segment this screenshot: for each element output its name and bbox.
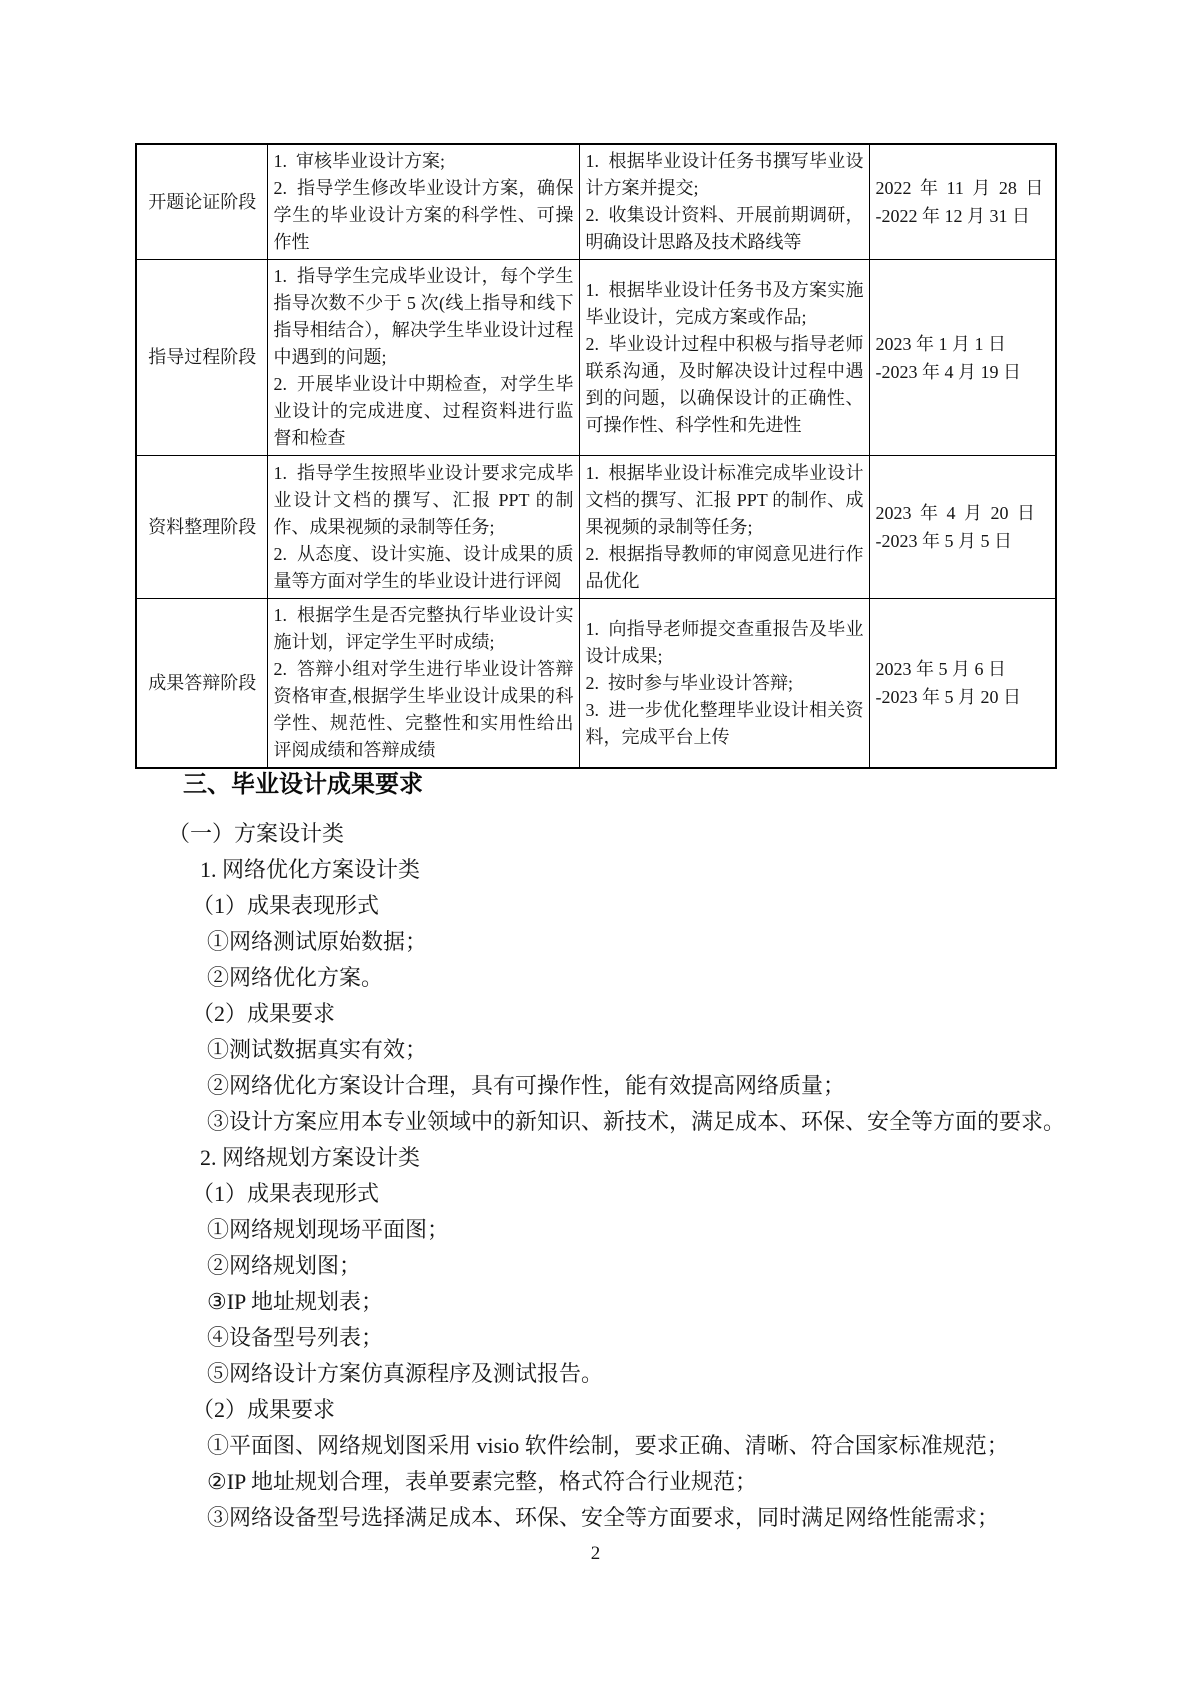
date-cell: 2023 年 1 月 1 日-2023 年 4 月 19 日 bbox=[869, 260, 1056, 456]
body-text: （一）方案设计类1. 网络优化方案设计类（1）成果表现形式①网络测试原始数据；②… bbox=[135, 816, 1085, 1536]
task-item: 2. 毕业设计过程中积极与指导老师联系沟通，及时解决设计过程中遇到的问题，以确保… bbox=[586, 331, 864, 439]
date-line: -2023 年 5 月 5 日 bbox=[876, 527, 1051, 555]
task-item: 2. 答辩小组对学生进行毕业设计答辩资格审查,根据学生毕业设计成果的科学性、规范… bbox=[274, 656, 574, 764]
task-item: 2. 指导学生修改毕业设计方案，确保学生的毕业设计方案的科学性、可操作性 bbox=[274, 175, 574, 256]
stage-cell: 指导过程阶段 bbox=[136, 260, 267, 456]
body-line: ③设计方案应用本专业领域中的新知识、新技术，满足成本、环保、安全等方面的要求。 bbox=[207, 1104, 1085, 1140]
body-line: （2）成果要求 bbox=[192, 1392, 1085, 1428]
stage-cell: 成果答辩阶段 bbox=[136, 599, 267, 769]
task-item: 1. 审核毕业设计方案; bbox=[274, 148, 574, 175]
body-line: 1. 网络优化方案设计类 bbox=[200, 852, 1085, 888]
date-line: 2023 年 4 月 20 日 bbox=[876, 499, 1051, 527]
body-line: ②网络规划图； bbox=[207, 1248, 1085, 1284]
schedule-table: 开题论证阶段1. 审核毕业设计方案;2. 指导学生修改毕业设计方案，确保学生的毕… bbox=[135, 143, 1057, 769]
teacher-tasks-cell: 1. 根据学生是否完整执行毕业设计实施计划，评定学生平时成绩;2. 答辩小组对学… bbox=[267, 599, 579, 769]
task-item: 1. 指导学生完成毕业设计，每个学生指导次数不少于 5 次(线上指导和线下指导相… bbox=[274, 263, 574, 371]
table-row: 成果答辩阶段1. 根据学生是否完整执行毕业设计实施计划，评定学生平时成绩;2. … bbox=[136, 599, 1056, 769]
teacher-tasks-cell: 1. 审核毕业设计方案;2. 指导学生修改毕业设计方案，确保学生的毕业设计方案的… bbox=[267, 144, 579, 260]
body-line: （1）成果表现形式 bbox=[192, 888, 1085, 924]
body-line: ③网络设备型号选择满足成本、环保、安全等方面要求，同时满足网络性能需求； bbox=[207, 1500, 1085, 1536]
body-line: ①测试数据真实有效； bbox=[207, 1032, 1085, 1068]
task-item: 1. 根据毕业设计标准完成毕业设计文档的撰写、汇报 PPT 的制作、成果视频的录… bbox=[586, 460, 864, 541]
body-line: ①平面图、网络规划图采用 visio 软件绘制，要求正确、清晰、符合国家标准规范… bbox=[207, 1428, 1085, 1464]
body-line: ②网络优化方案设计合理，具有可操作性，能有效提高网络质量； bbox=[207, 1068, 1085, 1104]
date-cell: 2023 年 5 月 6 日-2023 年 5 月 20 日 bbox=[869, 599, 1056, 769]
page-number: 2 bbox=[0, 1543, 1191, 1565]
table-row: 开题论证阶段1. 审核毕业设计方案;2. 指导学生修改毕业设计方案，确保学生的毕… bbox=[136, 144, 1056, 260]
teacher-tasks-cell: 1. 指导学生按照毕业设计要求完成毕业设计文档的撰写、汇报 PPT 的制作、成果… bbox=[267, 456, 579, 599]
body-line: ⑤网络设计方案仿真源程序及测试报告。 bbox=[207, 1356, 1085, 1392]
task-item: 2. 按时参与毕业设计答辩; bbox=[586, 670, 864, 697]
task-item: 1. 根据毕业设计任务书及方案实施毕业设计，完成方案或作品; bbox=[586, 277, 864, 331]
body-line: （1）成果表现形式 bbox=[192, 1176, 1085, 1212]
task-item: 1. 根据学生是否完整执行毕业设计实施计划，评定学生平时成绩; bbox=[274, 602, 574, 656]
document-page: 开题论证阶段1. 审核毕业设计方案;2. 指导学生修改毕业设计方案，确保学生的毕… bbox=[0, 0, 1191, 1684]
body-line: （一）方案设计类 bbox=[168, 816, 1085, 852]
task-item: 1. 根据毕业设计任务书撰写毕业设计方案并提交; bbox=[586, 148, 864, 202]
student-tasks-cell: 1. 根据毕业设计任务书及方案实施毕业设计，完成方案或作品;2. 毕业设计过程中… bbox=[579, 260, 869, 456]
student-tasks-cell: 1. 根据毕业设计任务书撰写毕业设计方案并提交;2. 收集设计资料、开展前期调研… bbox=[579, 144, 869, 260]
date-line: -2023 年 4 月 19 日 bbox=[876, 358, 1051, 386]
task-item: 2. 收集设计资料、开展前期调研，明确设计思路及技术路线等 bbox=[586, 202, 864, 256]
stage-cell: 资料整理阶段 bbox=[136, 456, 267, 599]
date-line: 2023 年 5 月 6 日 bbox=[876, 655, 1051, 683]
task-item: 1. 指导学生按照毕业设计要求完成毕业设计文档的撰写、汇报 PPT 的制作、成果… bbox=[274, 460, 574, 541]
section-heading: 三、毕业设计成果要求 bbox=[183, 769, 423, 801]
student-tasks-cell: 1. 根据毕业设计标准完成毕业设计文档的撰写、汇报 PPT 的制作、成果视频的录… bbox=[579, 456, 869, 599]
date-line: -2023 年 5 月 20 日 bbox=[876, 683, 1051, 711]
task-item: 2. 根据指导教师的审阅意见进行作品优化 bbox=[586, 541, 864, 595]
body-line: ④设备型号列表； bbox=[207, 1320, 1085, 1356]
body-line: 2. 网络规划方案设计类 bbox=[200, 1140, 1085, 1176]
student-tasks-cell: 1. 向指导老师提交查重报告及毕业设计成果;2. 按时参与毕业设计答辩;3. 进… bbox=[579, 599, 869, 769]
body-line: ③IP 地址规划表； bbox=[207, 1284, 1085, 1320]
date-line: 2023 年 1 月 1 日 bbox=[876, 330, 1051, 358]
body-line: ①网络测试原始数据； bbox=[207, 924, 1085, 960]
table-row: 资料整理阶段1. 指导学生按照毕业设计要求完成毕业设计文档的撰写、汇报 PPT … bbox=[136, 456, 1056, 599]
task-item: 2. 从态度、设计实施、设计成果的质量等方面对学生的毕业设计进行评阅 bbox=[274, 541, 574, 595]
body-line: ②网络优化方案。 bbox=[207, 960, 1085, 996]
task-item: 2. 开展毕业设计中期检查，对学生毕业设计的完成进度、过程资料进行监督和检查 bbox=[274, 371, 574, 452]
date-line: 2022 年 11 月 28 日 bbox=[876, 174, 1051, 202]
date-line: -2022 年 12 月 31 日 bbox=[876, 202, 1051, 230]
task-item: 3. 进一步优化整理毕业设计相关资料，完成平台上传 bbox=[586, 697, 864, 751]
date-cell: 2023 年 4 月 20 日-2023 年 5 月 5 日 bbox=[869, 456, 1056, 599]
teacher-tasks-cell: 1. 指导学生完成毕业设计，每个学生指导次数不少于 5 次(线上指导和线下指导相… bbox=[267, 260, 579, 456]
date-cell: 2022 年 11 月 28 日-2022 年 12 月 31 日 bbox=[869, 144, 1056, 260]
stage-cell: 开题论证阶段 bbox=[136, 144, 267, 260]
body-line: ①网络规划现场平面图； bbox=[207, 1212, 1085, 1248]
table-row: 指导过程阶段1. 指导学生完成毕业设计，每个学生指导次数不少于 5 次(线上指导… bbox=[136, 260, 1056, 456]
body-line: （2）成果要求 bbox=[192, 996, 1085, 1032]
task-item: 1. 向指导老师提交查重报告及毕业设计成果; bbox=[586, 616, 864, 670]
body-line: ②IP 地址规划合理，表单要素完整，格式符合行业规范； bbox=[207, 1464, 1085, 1500]
